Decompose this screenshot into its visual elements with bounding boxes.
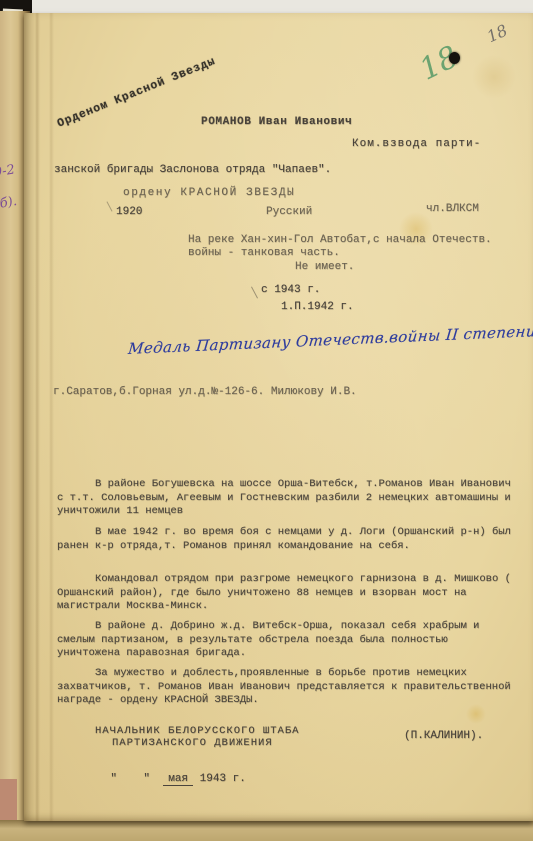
ink-blot bbox=[449, 52, 460, 64]
service-line-2: войны - танковая часть. bbox=[188, 247, 340, 260]
body-paragraph: В мае 1942 г. во время боя с немцами у д… bbox=[57, 526, 511, 553]
membership: чл.ВЛКСМ bbox=[426, 203, 479, 216]
body-paragraph: Командовал отрядом при разгроме немецког… bbox=[57, 573, 511, 614]
date-month: мая bbox=[163, 773, 193, 786]
award-line: ордену КРАСНОЙ ЗВЕЗДЫ bbox=[123, 187, 295, 200]
body-paragraph: В районе Богушевска на шоссе Орша-Витебс… bbox=[57, 478, 511, 519]
signer-name: (П.КАЛИНИН). bbox=[404, 730, 483, 743]
address-line: г.Саратов,б.Горная ул.д.№-126-6. Милюков… bbox=[53, 386, 357, 399]
body-paragraph: В районе д. Добрино ж.д. Витебск-Орша, п… bbox=[57, 620, 511, 661]
in-partisans-since: с 1943 г. bbox=[261, 284, 320, 297]
date-line: " " мая 1943 г. bbox=[84, 760, 246, 799]
awards-none: Не имеет. bbox=[295, 261, 354, 274]
position-line-2: занской бригады Заслонова отряда "Чапаев… bbox=[54, 164, 331, 177]
service-line-1: На реке Хан-хин-Гол Автобат,с начала Оте… bbox=[188, 234, 492, 247]
page-bottom-edge bbox=[0, 820, 533, 841]
scanned-document: 18 18 9-2 об). Орденом Красной Звезды РО… bbox=[0, 0, 533, 841]
date-entry: 1.П.1942 г. bbox=[281, 301, 354, 314]
body-paragraph: За мужество и доблесть,проявленные в бор… bbox=[57, 667, 511, 708]
birth-year: 1920 bbox=[116, 206, 142, 219]
recipient-name: РОМАНОВ Иван Иванович bbox=[201, 116, 352, 129]
date-quotes: " " bbox=[110, 773, 163, 785]
position-line-1: Ком.взвода парти- bbox=[352, 138, 481, 151]
signer-title-line-2: ПАРТИЗАНСКОГО ДВИЖЕНИЯ bbox=[112, 737, 273, 750]
nationality: Русский bbox=[266, 206, 312, 219]
date-year: 1943 г. bbox=[193, 773, 246, 785]
